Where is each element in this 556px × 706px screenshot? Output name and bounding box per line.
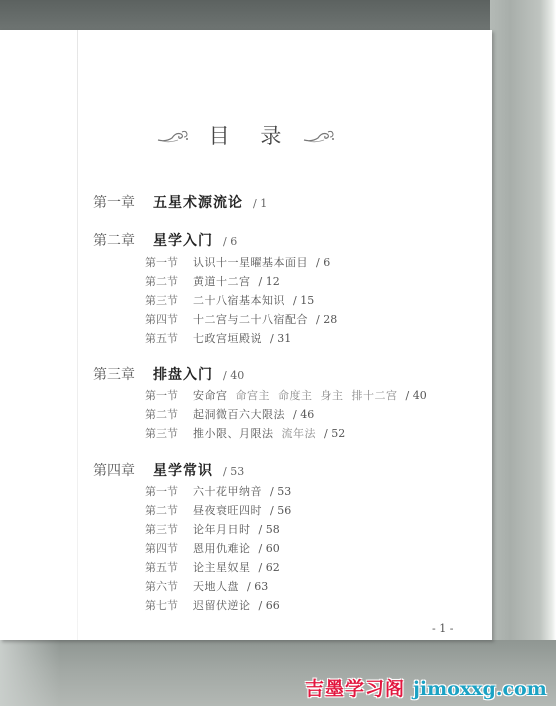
section-number: 第二节 — [145, 273, 185, 289]
chapter-number: 第四章 — [93, 460, 145, 480]
section-page: / 6 — [316, 256, 330, 269]
table-of-contents: 第一章五星术源流论/ 1 第二章星学入门/ 6 第一节认识十一星曜基本面目/ 6… — [0, 30, 492, 640]
chapter-title: 星学入门 — [153, 233, 213, 249]
section-title: 七政宫垣殿说 — [193, 332, 262, 345]
section-title: 推小限、月限法 — [193, 427, 274, 440]
section-title: 二十八宿基本知识 — [193, 294, 285, 307]
section-subtitle: 流年法 — [282, 427, 317, 440]
section-title: 恩用仇难论 — [193, 542, 251, 555]
toc-section[interactable]: 第二节黄道十二宫/ 12 — [145, 273, 280, 289]
section-page: / 58 — [259, 523, 280, 536]
section-title: 昼夜衰旺四时 — [193, 504, 262, 517]
watermark-url: jimoxxg.com — [413, 678, 547, 700]
section-title: 论年月日时 — [193, 523, 251, 536]
toc-section[interactable]: 第七节迟留伏逆论/ 66 — [145, 597, 280, 613]
chapter-page: / 6 — [223, 235, 237, 248]
toc-section[interactable]: 第三节二十八宿基本知识/ 15 — [145, 292, 314, 308]
toc-section[interactable]: 第四节恩用仇难论/ 60 — [145, 540, 280, 556]
toc-section[interactable]: 第一节六十花甲纳音/ 53 — [145, 483, 291, 499]
section-title: 十二宫与二十八宿配合 — [193, 313, 308, 326]
chapter-page: / 40 — [223, 369, 244, 382]
toc-section[interactable]: 第二节昼夜衰旺四时/ 56 — [145, 502, 291, 518]
section-page: / 62 — [259, 561, 280, 574]
toc-chapter-4[interactable]: 第四章星学常识/ 53 — [93, 460, 244, 480]
section-page: / 52 — [324, 427, 345, 440]
section-number: 第四节 — [145, 311, 185, 327]
section-number: 第一节 — [145, 387, 185, 403]
toc-section[interactable]: 第五节论主星奴星/ 62 — [145, 559, 280, 575]
section-title: 黄道十二宫 — [193, 275, 251, 288]
toc-chapter-2[interactable]: 第二章星学入门/ 6 — [93, 230, 237, 250]
section-page: / 15 — [293, 294, 314, 307]
section-number: 第三节 — [145, 292, 185, 308]
section-page: / 28 — [316, 313, 337, 326]
section-page: / 66 — [259, 599, 280, 612]
chapter-title: 星学常识 — [153, 463, 213, 479]
toc-section[interactable]: 第二节起洞微百六大限法/ 46 — [145, 406, 314, 422]
section-number: 第五节 — [145, 559, 185, 575]
section-subtitle: 命度主 — [278, 389, 313, 402]
section-subtitle: 命宫主 — [236, 389, 271, 402]
chapter-title: 排盘入门 — [153, 367, 213, 383]
chapter-number: 第三章 — [93, 364, 145, 384]
scan-background-right — [490, 0, 556, 706]
section-number: 第三节 — [145, 425, 185, 441]
page-number: - 1 - — [432, 622, 453, 635]
section-subtitle: 排十二宫 — [352, 389, 398, 402]
toc-section[interactable]: 第四节十二宫与二十八宿配合/ 28 — [145, 311, 337, 327]
scan-glare — [0, 640, 60, 706]
section-title: 六十花甲纳音 — [193, 485, 262, 498]
section-page: / 56 — [270, 504, 291, 517]
chapter-title: 五星术源流论 — [153, 195, 243, 211]
toc-section[interactable]: 第一节安命宫命宫主命度主身主排十二宫/ 40 — [145, 387, 427, 403]
section-page: / 46 — [293, 408, 314, 421]
section-page: / 53 — [270, 485, 291, 498]
toc-chapter-3[interactable]: 第三章排盘入门/ 40 — [93, 364, 244, 384]
chapter-page: / 1 — [253, 197, 267, 210]
section-number: 第一节 — [145, 254, 185, 270]
section-subtitle: 身主 — [321, 389, 344, 402]
section-title: 安命宫 — [193, 389, 228, 402]
section-page: / 60 — [259, 542, 280, 555]
section-number: 第四节 — [145, 540, 185, 556]
toc-section[interactable]: 第五节七政宫垣殿说/ 31 — [145, 330, 291, 346]
section-number: 第七节 — [145, 597, 185, 613]
toc-section[interactable]: 第一节认识十一星曜基本面目/ 6 — [145, 254, 330, 270]
section-number: 第二节 — [145, 502, 185, 518]
section-title: 论主星奴星 — [193, 561, 251, 574]
chapter-page: / 53 — [223, 465, 244, 478]
section-page: / 12 — [259, 275, 280, 288]
section-title: 天地人盘 — [193, 580, 239, 593]
toc-section[interactable]: 第六节天地人盘/ 63 — [145, 578, 268, 594]
book-page: 目 录 第一章五星术源流论/ 1 第二章星学入门/ 6 第一节认识十一星曜基本面… — [0, 30, 492, 640]
section-title: 认识十一星曜基本面目 — [193, 256, 308, 269]
section-title: 迟留伏逆论 — [193, 599, 251, 612]
section-page: / 31 — [270, 332, 291, 345]
section-page: / 63 — [247, 580, 268, 593]
toc-chapter-1[interactable]: 第一章五星术源流论/ 1 — [93, 192, 267, 212]
section-title: 起洞微百六大限法 — [193, 408, 285, 421]
toc-section[interactable]: 第三节推小限、月限法流年法/ 52 — [145, 425, 345, 441]
watermark-cn: 吉墨学习阁 — [305, 678, 405, 700]
section-number: 第一节 — [145, 483, 185, 499]
site-watermark: 吉墨学习阁jimoxxg.com — [305, 674, 547, 701]
section-number: 第三节 — [145, 521, 185, 537]
section-number: 第二节 — [145, 406, 185, 422]
section-number: 第五节 — [145, 330, 185, 346]
section-page: / 40 — [406, 389, 427, 402]
chapter-number: 第一章 — [93, 192, 145, 212]
chapter-number: 第二章 — [93, 230, 145, 250]
toc-section[interactable]: 第三节论年月日时/ 58 — [145, 521, 280, 537]
section-number: 第六节 — [145, 578, 185, 594]
